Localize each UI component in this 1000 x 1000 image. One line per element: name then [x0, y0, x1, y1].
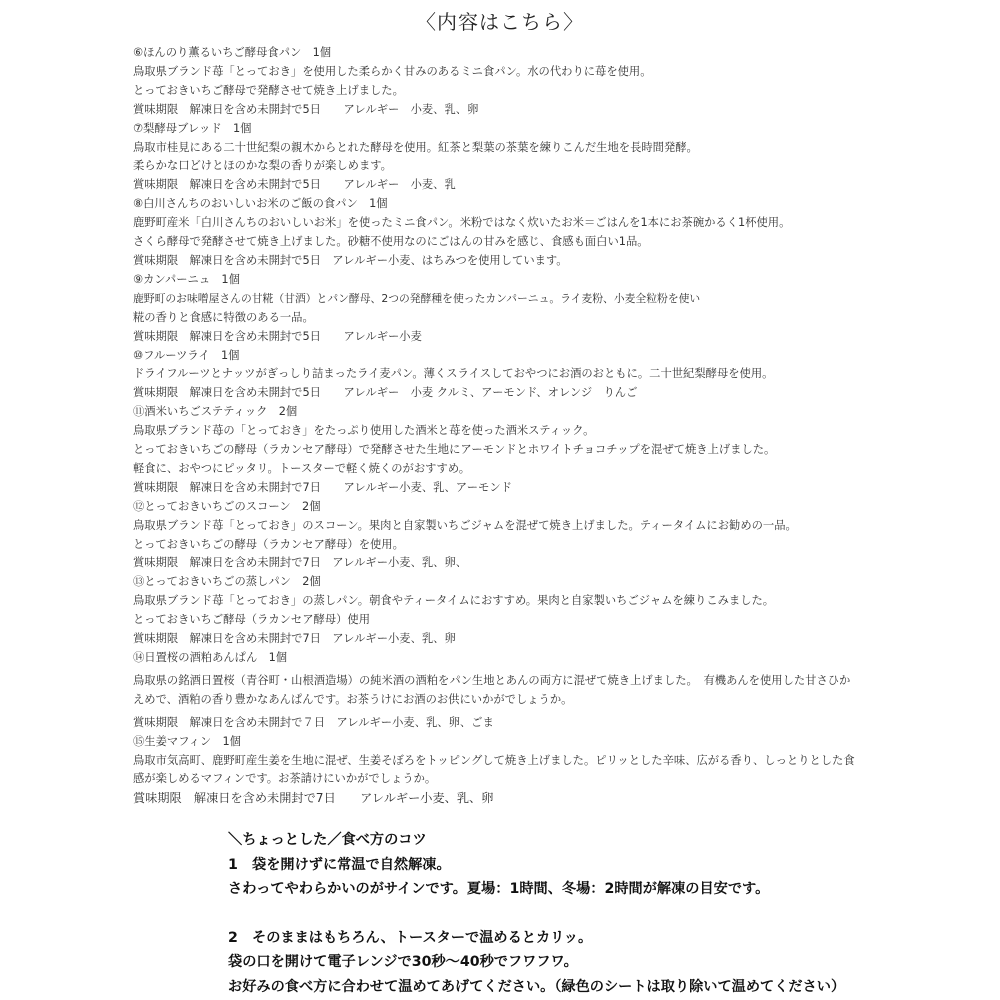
product-list: ⑥ほんのり薫るいちご酵母食パン 1個 鳥取県ブランド苺「とっておき」を使用した柔… [133, 44, 993, 808]
item-description: ドライフルーツとナッツがぎっしり詰まったライ麦パン。薄くスライスしておやつにお酒… [133, 365, 993, 384]
item-description: 鳥取県ブランド苺の「とっておき」をたっぷり使用した酒米と苺を使った酒米スティック… [133, 422, 993, 441]
item-heading: ⑧白川さんちのおいしいお米のご飯の食パン 1個 [133, 195, 993, 214]
item-expiry-allergy: 賞味期限 解凍日を含め未開封で5日 アレルギー 小麦 クルミ、アーモンド、オレン… [133, 384, 993, 403]
item-description: 鳥取県ブランド苺「とっておき」のスコーン。果肉と自家製いちごジャムを混ぜて焼き上… [133, 517, 993, 536]
item-expiry-allergy: 賞味期限 解凍日を含め未開封で5日 アレルギー 小麦、乳 [133, 176, 993, 195]
item-description: 鳥取市気高町、鹿野町産生姜を生地に混ぜ、生姜そぼろをトッピングして焼き上げました… [133, 752, 993, 771]
item-description: さくら酵母で発酵させて焼き上げました。砂糖不使用なのにごはんの甘みを感じ、食感も… [133, 233, 993, 252]
item-description: 感が楽しめるマフィンです。お茶請けにいかがでしょうか。 [133, 770, 993, 789]
item-expiry-allergy: 賞味期限 解凍日を含め未開封で5日 アレルギー小麦、はちみつを使用しています。 [133, 252, 993, 271]
item-description: 鳥取市桂見にある二十世紀梨の親木からとれた酵母を使用。紅茶と梨葉の茶葉を練りこん… [133, 139, 993, 158]
item-heading: ⑨カンパーニュ 1個 [133, 271, 993, 290]
tip-1-title: 1 袋を開けずに常温で自然解凍。 [228, 853, 998, 878]
tips-heading: ＼ちょっとした／食べ方のコツ [228, 828, 998, 853]
item-heading: ⑪酒米いちごステティック 2個 [133, 403, 993, 422]
tip-2-body: お好みの食べ方に合わせて温めてあげてください。（緑色のシートは取り除いて温めてく… [228, 975, 998, 1000]
eating-tips: ＼ちょっとした／食べ方のコツ 1 袋を開けずに常温で自然解凍。 さわってやわらか… [228, 828, 998, 999]
item-description: 柔らかな口どけとほのかな梨の香りが楽しめます。 [133, 157, 993, 176]
item-description: 鳥取県の銘酒日置桜（青谷町・山根酒造場）の純米酒の酒粕をパン生地とあんの両方に混… [133, 672, 993, 691]
item-heading: ⑬とっておきいちごの蒸しパン 2個 [133, 573, 993, 592]
item-heading: ⑥ほんのり薫るいちご酵母食パン 1個 [133, 44, 993, 63]
item-expiry-allergy: 賞味期限 解凍日を含め未開封で7日 アレルギー小麦、乳、卵 [133, 789, 993, 808]
spacer [228, 902, 998, 926]
item-description: とっておきいちご酵母（ラカンセア酵母）使用 [133, 611, 993, 630]
item-expiry-allergy: 賞味期限 解凍日を含め未開封で7日 アレルギー小麦、乳、卵 [133, 630, 993, 649]
item-heading: ⑮生姜マフィン 1個 [133, 733, 993, 752]
item-expiry-allergy: 賞味期限 解凍日を含め未開封で7日 アレルギー小麦、乳、アーモンド [133, 479, 993, 498]
item-expiry-allergy: 賞味期限 解凍日を含め未開封で7日 アレルギー小麦、乳、卵、 [133, 554, 993, 573]
item-description: 鳥取県ブランド苺「とっておき」の蒸しパン。朝食やティータイムにおすすめ。果肉と自… [133, 592, 993, 611]
item-description: とっておきいちごの酵母（ラカンセア酵母）を使用。 [133, 536, 993, 555]
item-heading: ⑩フルーツライ 1個 [133, 347, 993, 366]
tip-2-body: 袋の口を開けて電子レンジで30秒～40秒でフワフワ。 [228, 950, 998, 975]
item-expiry-allergy: 賞味期限 解凍日を含め未開封で5日 アレルギー小麦 [133, 328, 993, 347]
item-heading: ⑦梨酵母ブレッド 1個 [133, 120, 993, 139]
item-description: とっておきいちご酵母で発酵させて焼き上げました。 [133, 82, 993, 101]
tip-2-title: 2 そのままはもちろん、トースターで温めるとカリッ。 [228, 926, 998, 951]
tip-1-body: さわってやわらかいのがサインです。夏場：1時間、冬場：2時間が解凍の目安です。 [228, 877, 998, 902]
page-title: 〈内容はこちら〉 [0, 6, 1000, 35]
item-description: 軽食に、おやつにピッタリ。トースターで軽く焼くのがおすすめ。 [133, 460, 993, 479]
item-description: 鹿野町のお味噌屋さんの甘糀（甘酒）とパン酵母、2つの発酵種を使ったカンパーニュ。… [133, 290, 993, 309]
item-heading: ⑭日置桜の酒粕あんぱん 1個 [133, 649, 993, 668]
item-description: 鹿野町産米「白川さんちのおいしいお米」を使ったミニ食パン。米粉ではなく炊いたお米… [133, 214, 993, 233]
item-heading: ⑫とっておきいちごのスコーン 2個 [133, 498, 993, 517]
item-description: 鳥取県ブランド苺「とっておき」を使用した柔らかく甘みのあるミニ食パン。水の代わり… [133, 63, 993, 82]
item-description: えめで、酒粕の香り豊かなあんぱんです。お茶うけにお酒のお供にいかがでしょうか。 [133, 691, 993, 710]
item-expiry-allergy: 賞味期限 解凍日を含め未開封で７日 アレルギー小麦、乳、卵、ごま [133, 714, 993, 733]
item-expiry-allergy: 賞味期限 解凍日を含め未開封で5日 アレルギー 小麦、乳、卵 [133, 101, 993, 120]
item-description: とっておきいちごの酵母（ラカンセア酵母）で発酵させた生地にアーモンドとホワイトチ… [133, 441, 993, 460]
item-description: 糀の香りと食感に特徴のある一品。 [133, 309, 993, 328]
